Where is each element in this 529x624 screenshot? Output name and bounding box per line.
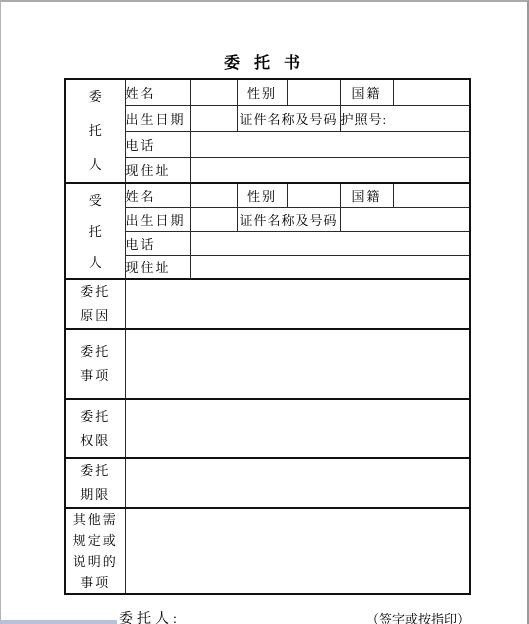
- agent-name-field[interactable]: [190, 183, 237, 207]
- term-label-line: 期限: [66, 483, 125, 507]
- signature-note: （签字或按指印）: [366, 612, 470, 624]
- other-label: 其他需 规定或 说明的 事项: [65, 508, 125, 594]
- principal-passport-field[interactable]: 护照号:: [340, 105, 470, 131]
- term-label: 委托 期限: [65, 458, 125, 508]
- other-field[interactable]: [125, 508, 470, 594]
- document-page: 委 托 书 委 托 人 姓名 性别 国籍 出生日期 证件名称及号码: [0, 0, 529, 624]
- form-title: 委 托 书: [0, 50, 529, 73]
- matters-label-line: 事项: [66, 364, 125, 388]
- principal-name-label: 姓名: [125, 79, 190, 105]
- reason-row: 委托 原因: [65, 279, 470, 329]
- authority-label-line: 权限: [66, 429, 125, 453]
- agent-gender-field[interactable]: [287, 183, 340, 207]
- term-field[interactable]: [125, 458, 470, 508]
- matters-field[interactable]: [125, 329, 470, 399]
- agent-role-char: 人: [66, 247, 125, 278]
- agent-id-field[interactable]: [340, 207, 470, 231]
- agent-gender-label: 性别: [237, 183, 287, 207]
- agent-role-char: 受: [66, 185, 125, 216]
- reason-label-line: 原因: [66, 304, 125, 328]
- bottom-edge-accent: [0, 620, 117, 624]
- principal-nationality-label: 国籍: [340, 79, 393, 105]
- agent-id-label: 证件名称及号码: [237, 207, 340, 231]
- reason-field[interactable]: [125, 279, 470, 329]
- principal-row-address: 现住址: [65, 157, 470, 183]
- agent-birth-field[interactable]: [190, 207, 237, 231]
- principal-birth-label: 出生日期: [125, 105, 190, 131]
- principal-passport-label: 护照号:: [341, 112, 388, 127]
- other-label-line: 其他需: [66, 509, 125, 530]
- authority-label-line: 委托: [66, 405, 125, 429]
- agent-row-phone: 电话: [65, 231, 470, 255]
- authority-row: 委托 权限: [65, 399, 470, 458]
- agent-birth-label: 出生日期: [125, 207, 190, 231]
- matters-label: 委托 事项: [65, 329, 125, 399]
- principal-address-field[interactable]: [190, 157, 470, 183]
- agent-phone-label: 电话: [125, 231, 190, 255]
- reason-label-line: 委托: [66, 280, 125, 304]
- other-row: 其他需 规定或 说明的 事项: [65, 508, 470, 594]
- matters-label-line: 委托: [66, 340, 125, 364]
- agent-row-birth: 出生日期 证件名称及号码: [65, 207, 470, 231]
- agent-row-address: 现住址: [65, 255, 470, 279]
- agent-role-label: 受 托 人: [65, 183, 125, 279]
- agent-nationality-label: 国籍: [340, 183, 393, 207]
- authority-field[interactable]: [125, 399, 470, 458]
- agent-phone-field[interactable]: [190, 231, 470, 255]
- principal-phone-field[interactable]: [190, 131, 470, 157]
- agent-address-label: 现住址: [125, 255, 190, 279]
- principal-nationality-field[interactable]: [393, 79, 470, 105]
- agent-role-char: 托: [66, 216, 125, 247]
- other-label-line: 规定或: [66, 530, 125, 551]
- reason-label: 委托 原因: [65, 279, 125, 329]
- principal-role-char: 人: [66, 148, 125, 182]
- authority-label: 委托 权限: [65, 399, 125, 458]
- term-label-line: 委托: [66, 459, 125, 483]
- principal-role-char: 托: [66, 114, 125, 148]
- principal-gender-label: 性别: [237, 79, 287, 105]
- principal-row-name: 委 托 人 姓名 性别 国籍: [65, 79, 470, 105]
- agent-name-label: 姓名: [125, 183, 190, 207]
- other-label-line: 说明的: [66, 551, 125, 572]
- principal-role-char: 委: [66, 80, 125, 114]
- agent-address-field[interactable]: [190, 255, 470, 279]
- matters-row: 委托 事项: [65, 329, 470, 399]
- principal-row-birth: 出生日期 证件名称及号码 护照号:: [65, 105, 470, 131]
- principal-id-label: 证件名称及号码: [237, 105, 340, 131]
- principal-role-label: 委 托 人: [65, 79, 125, 183]
- signer-label: 委托人:: [119, 612, 181, 624]
- principal-phone-label: 电话: [125, 131, 190, 157]
- principal-row-phone: 电话: [65, 131, 470, 157]
- term-row: 委托 期限: [65, 458, 470, 508]
- principal-gender-field[interactable]: [287, 79, 340, 105]
- agent-nationality-field[interactable]: [393, 183, 470, 207]
- principal-birth-field[interactable]: [190, 105, 237, 131]
- other-label-line: 事项: [66, 572, 125, 593]
- authorization-form-table: 委 托 人 姓名 性别 国籍 出生日期 证件名称及号码 护照号: 电话 现住址: [64, 78, 471, 595]
- principal-name-field[interactable]: [190, 79, 237, 105]
- agent-row-name: 受 托 人 姓名 性别 国籍: [65, 183, 470, 207]
- principal-address-label: 现住址: [125, 157, 190, 183]
